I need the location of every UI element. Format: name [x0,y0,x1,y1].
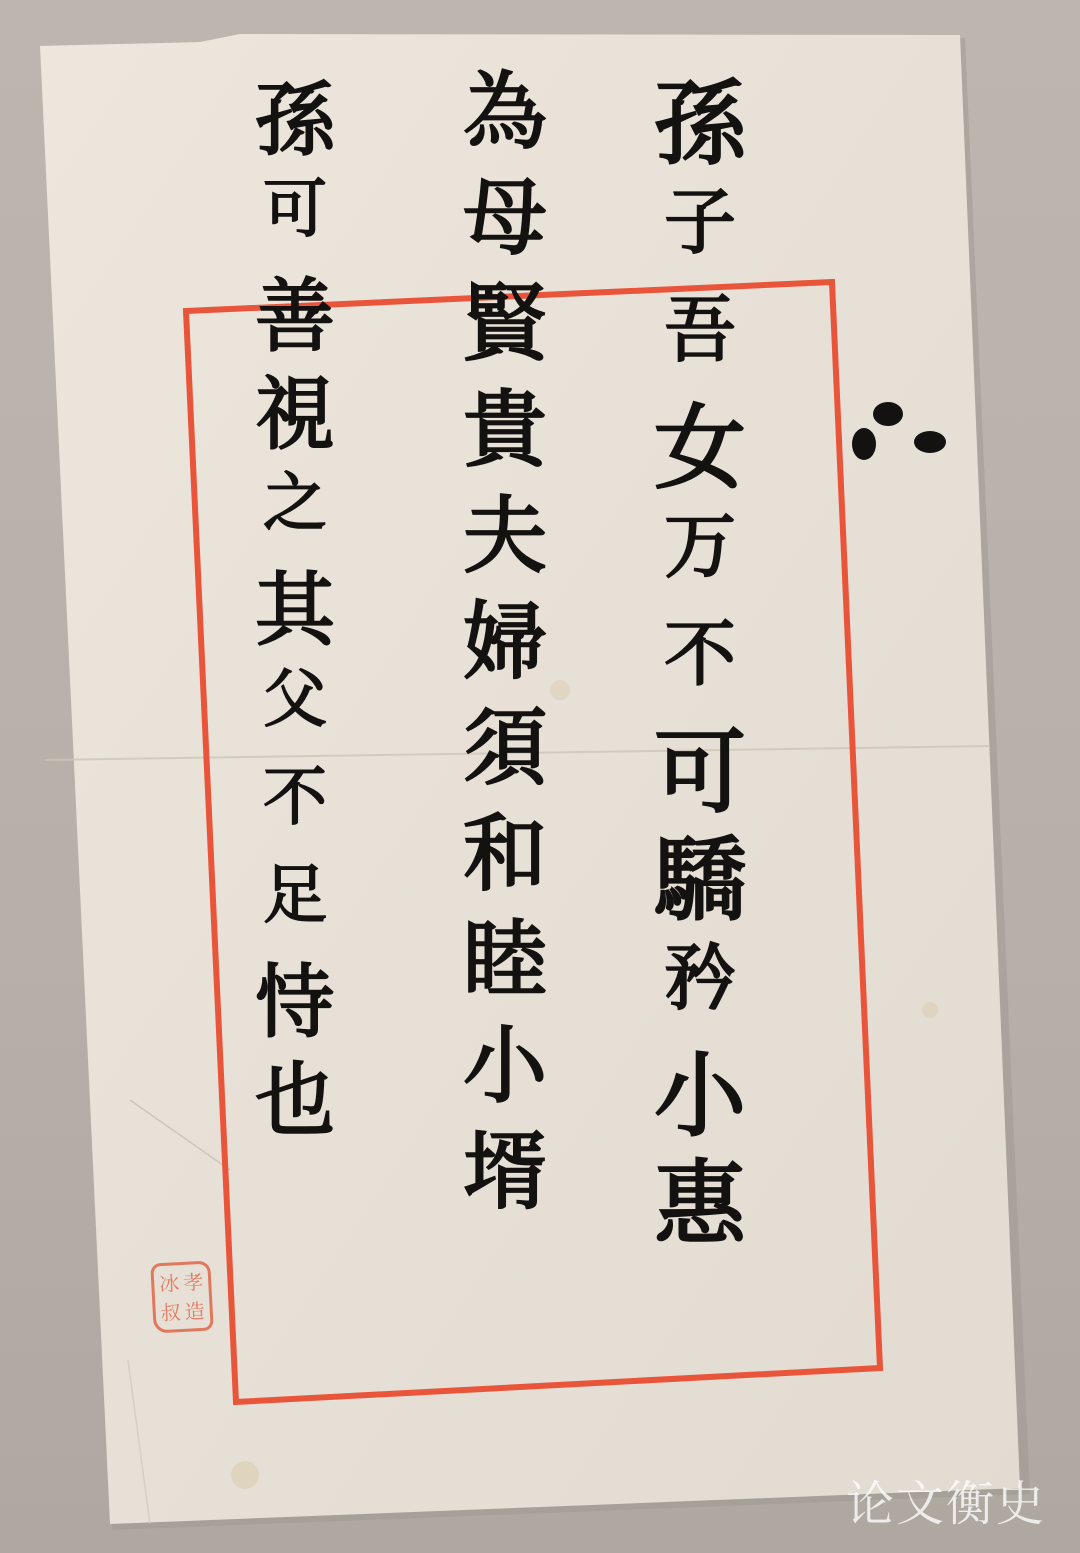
char: 也 [255,1060,335,1158]
heading-number: 八 [848,392,948,472]
char: 壻 [463,1130,547,1236]
calligraphy-column-2: 為 母 賢 貴 夫 婦 須 和 睦 小 壻 [440,70,570,1236]
char: 女 [654,402,746,510]
char: 之 [263,472,327,570]
char: 驕 [654,834,746,942]
char: 須 [463,706,547,812]
char: 不 [263,766,327,864]
watermark: 论文衡史 [846,1465,1046,1534]
char: 善 [255,276,335,374]
char: 其 [255,570,335,668]
calligraphy-column-3: 孫 可 善 視 之 其 父 不 足 恃 也 [230,80,360,1158]
char: 可 [263,178,327,276]
seal-char: 冰 [159,1273,180,1294]
char: 小 [654,1050,746,1158]
char: 可 [654,726,746,834]
number-eight-glyph [848,392,948,472]
char: 吾 [664,294,736,402]
char: 婦 [463,600,547,706]
red-seal-stamp: 冰 孝 叔 造 [150,1260,214,1333]
calligraphy-column-1: 孫 子 吾 女 万 不 可 驕 矜 小 惠 [625,78,775,1266]
char: 足 [263,864,327,962]
char: 惠 [654,1158,746,1266]
char: 孫 [654,78,746,186]
char: 孫 [255,80,335,178]
char: 父 [263,668,327,766]
char: 賢 [463,282,547,388]
seal-char: 造 [184,1300,205,1321]
char: 不 [664,618,736,726]
char: 矜 [664,942,736,1050]
char: 小 [463,1024,547,1130]
char: 視 [255,374,335,472]
char: 為 [463,70,547,176]
char: 睦 [463,918,547,1024]
seal-char: 叔 [160,1302,181,1323]
char: 子 [664,186,736,294]
char: 万 [664,510,736,618]
char: 母 [463,176,547,282]
char: 和 [463,812,547,918]
seal-char: 孝 [183,1271,204,1292]
char: 恃 [255,962,335,1060]
char: 貴 [463,388,547,494]
char: 夫 [463,494,547,600]
